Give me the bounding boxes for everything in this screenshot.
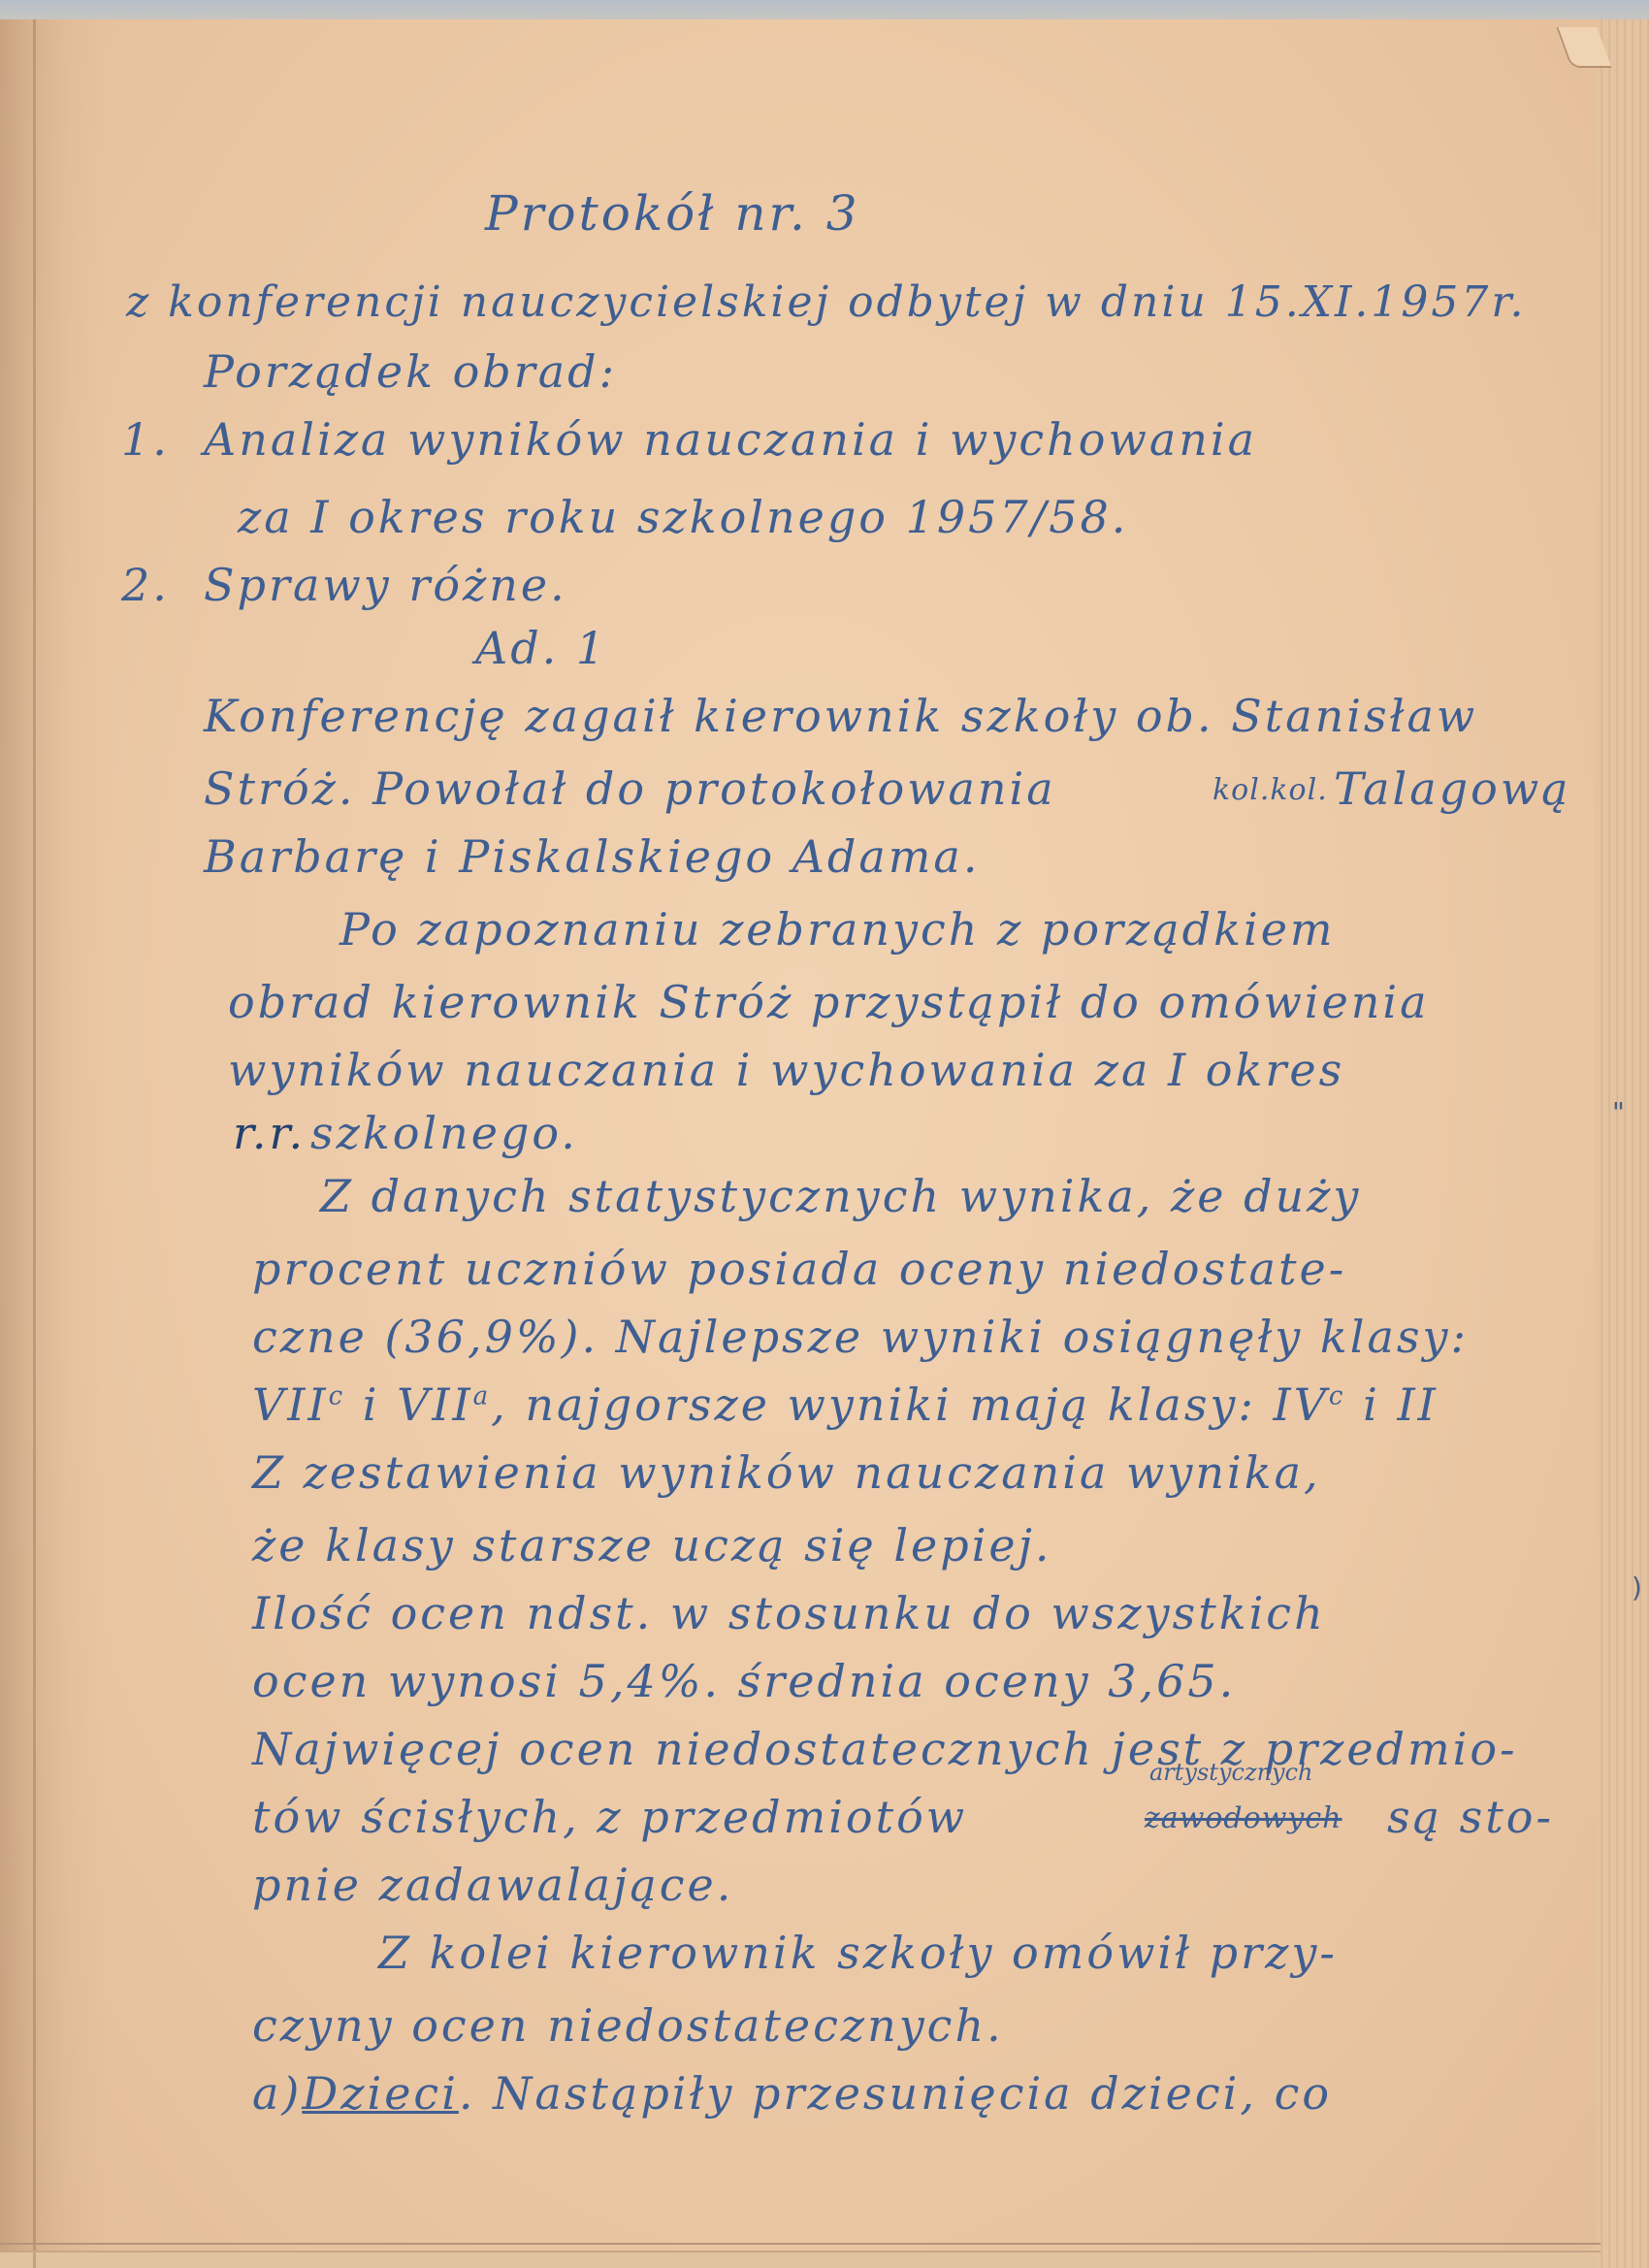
body-line: Z zestawienia wyników nauczania wynika, xyxy=(252,1450,1321,1495)
body-line: tów ścisłych, z przedmiotów xyxy=(252,1795,967,1839)
agenda-item-2-line1: Sprawy różne. xyxy=(204,563,567,607)
class-label: VII xyxy=(252,1378,329,1431)
body-line: są sto- xyxy=(1387,1795,1554,1839)
body-line: że klasy starsze uczą się lepiej. xyxy=(252,1523,1052,1568)
body-line: szkolnego. xyxy=(310,1111,578,1155)
body-line-abbrev: kol.kol. xyxy=(1212,776,1328,805)
inserted-word: artystycznych xyxy=(1149,1761,1313,1784)
body-line: Z danych statystycznych wynika, że duży xyxy=(320,1174,1361,1218)
body-line: Konferencję zagaił kierownik szkoły ob. … xyxy=(204,694,1477,738)
document-title: Protokół nr. 3 xyxy=(485,189,860,238)
page-bottom-edge xyxy=(0,2243,1600,2252)
section-heading-ad1: Ad. 1 xyxy=(475,626,607,670)
document-subtitle: z konferencji nauczycielskiej odbytej w … xyxy=(126,281,1527,324)
underlined-keyword: Dzieci xyxy=(302,2067,459,2120)
scan-background-strip xyxy=(0,0,1649,21)
body-text: . Nastąpiły przesunięcia dzieci, co xyxy=(459,2067,1332,2120)
notebook-gutter xyxy=(33,19,36,2268)
agenda-item-1-line1: Analiza wyników nauczania i wychowania xyxy=(204,417,1257,462)
body-line: ocen wynosi 5,4%. średnia oceny 3,65. xyxy=(252,1659,1236,1703)
body-line-classes: VIIc i VIIa, najgorsze wyniki mają klasy… xyxy=(252,1382,1439,1427)
body-line: Najwięcej ocen niedostatecznych jest z p… xyxy=(252,1727,1518,1771)
agenda-item-1-line2: za I okres roku szkolnego 1957/58. xyxy=(238,495,1128,539)
body-line: czne (36,9%). Najlepsze wyniki osiągnęły… xyxy=(252,1314,1469,1359)
body-line: Barbarę i Piskalskiego Adama. xyxy=(204,834,980,879)
body-line: Po zapoznaniu zebranych z porządkiem xyxy=(339,907,1336,952)
struck-word: zawodowych xyxy=(1145,1804,1342,1833)
classes-text-end: i II xyxy=(1345,1378,1438,1431)
agenda-heading: Porządek obrad: xyxy=(204,349,617,394)
body-line: czyny ocen niedostatecznych. xyxy=(252,2003,1004,2048)
class-suffix: c xyxy=(1329,1382,1346,1411)
class-label: VII xyxy=(397,1378,473,1431)
list-marker: a) xyxy=(252,2067,302,2120)
body-line: procent uczniów posiada oceny niedostate… xyxy=(252,1247,1346,1291)
body-line: Stróż. Powołał do protokołowania xyxy=(204,766,1056,811)
class-suffix: a xyxy=(473,1382,492,1411)
agenda-item-1-number: 1. xyxy=(121,417,170,462)
body-line: Talagową xyxy=(1334,766,1571,811)
conjunction: i xyxy=(363,1378,380,1431)
body-line: pnie zadawalające. xyxy=(252,1863,733,1907)
margin-parenthesis: ) xyxy=(1632,1571,1642,1604)
body-line: Z kolei kierownik szkoły omówił przy- xyxy=(378,1930,1338,1975)
class-suffix: c xyxy=(329,1382,346,1411)
agenda-item-2-number: 2. xyxy=(121,563,170,607)
body-line: Ilość ocen ndst. w stosunku do wszystkic… xyxy=(252,1591,1326,1636)
body-line: obrad kierownik Stróż przystąpił do omów… xyxy=(228,980,1430,1024)
scanned-page: Protokół nr. 3 z konferencji nauczyciels… xyxy=(0,0,1649,2268)
margin-mark: " xyxy=(1612,1096,1625,1128)
body-line-last: a)Dzieci. Nastąpiły przesunięcia dzieci,… xyxy=(252,2071,1332,2116)
page-stack-edges xyxy=(1596,19,1649,2268)
body-line: wyników nauczania i wychowania za I okre… xyxy=(228,1048,1344,1092)
body-line-correction: r.r. xyxy=(233,1111,306,1155)
classes-text: , najgorsze wyniki mają klasy: IV xyxy=(491,1378,1329,1431)
